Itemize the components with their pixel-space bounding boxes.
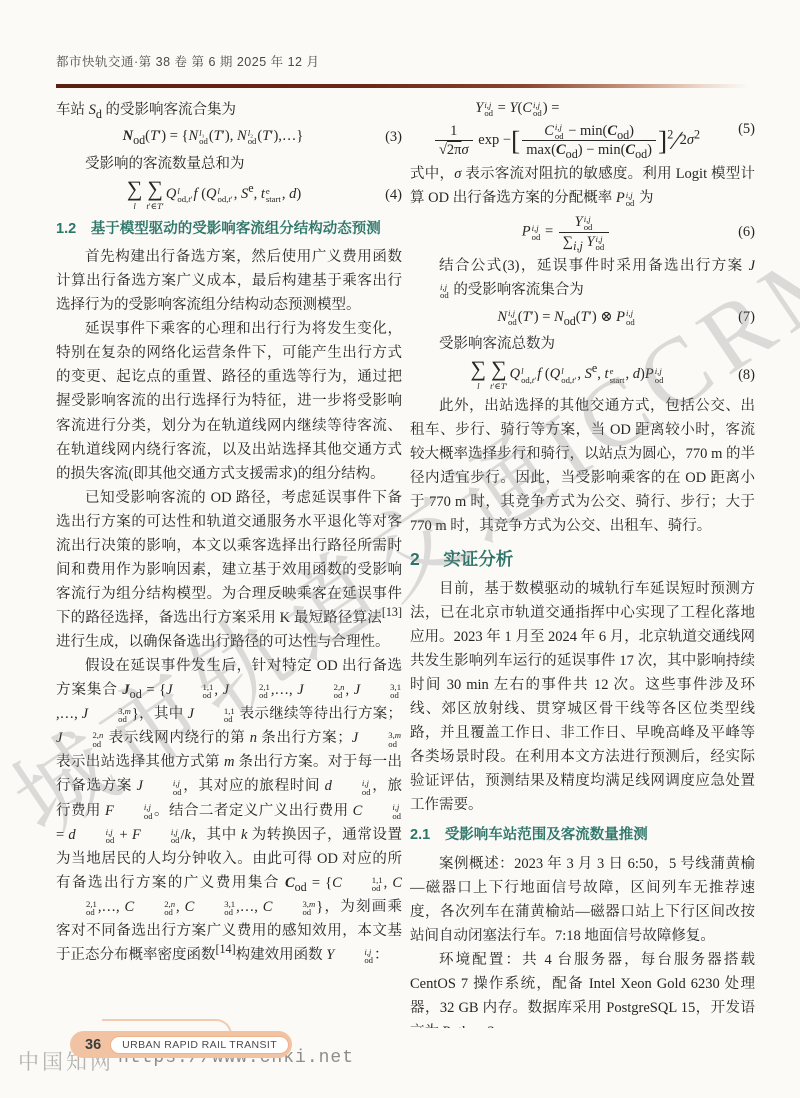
section-title: 受影响车站范围及客流数量推测	[445, 824, 648, 846]
paragraph-application: 目前，基于数模驱动的城轨行车延误短时预测方法，已在北京市轨道交通指挥中心实现了工…	[410, 577, 755, 818]
paragraph-env: 环境配置：共 4 台服务器，每台服务器搭载 CentOS 7 操作系统，配备 I…	[410, 948, 755, 1028]
equation-7-number: (7)	[723, 305, 755, 329]
paragraph-behavior: 延误事件下乘客的心理和出行行为将发生变化，特别在复杂的网络化运营条件下，可能产生…	[56, 317, 402, 485]
equation-3: Nod(T′) = {Nl₁od(T′), Nl₂od(T′),…} (3)	[56, 125, 402, 149]
section-title: 基于模型驱动的受影响客流组分结构动态预测	[91, 218, 381, 240]
header-journal-line: 都市快轨交通·第 38 卷 第 6 期 2025 年 12 月	[56, 52, 320, 70]
paragraph-case: 案例概述：2023 年 3 月 3 日 6:50，5 号线蒲黄榆—磁器口上下行地…	[410, 852, 755, 948]
paper-page: 都市快轨交通·第 38 卷 第 6 期 2025 年 12 月 车站 Sd 的受…	[0, 0, 800, 1098]
equation-7: Ni,jod(T′) = Nod(T′) ⊗ Pi,jod (7)	[410, 305, 755, 329]
page-number: 36	[85, 1037, 101, 1053]
equation-4: ∑l∑t′∈T′Qlod,t′f (Qlod,t′, Se, testart, …	[56, 179, 402, 210]
section-number: 2.1	[410, 824, 445, 846]
paragraph-intro: 车站 Sd 的受影响客流合集为	[56, 98, 402, 122]
equation-5-line2: 1√2πσ exp −[Ci,jod − min(Cod)max(Cod) − …	[410, 122, 723, 160]
equation-6-number: (6)	[723, 220, 755, 244]
paragraph-model: 首先构建出行备选方案，然后使用广义费用函数计算出行备选方案广义成本，最后构建基于…	[56, 245, 402, 317]
equation-5-body: Yi,jod = Y(Ci,jod) = 1√2πσ exp −[Ci,jod …	[410, 99, 723, 159]
section-number: 2	[410, 547, 443, 572]
section-heading-2: 2 实证分析	[410, 547, 755, 572]
paragraph-total-label: 受影响客流总数为	[410, 332, 755, 356]
left-column: 车站 Sd 的受影响客流合集为 Nod(T′) = {Nl₁od(T′), Nl…	[56, 98, 402, 967]
paragraph-od-path: 已知受影响客流的 OD 路径，考虑延误事件下备选出行方案的可达性和轨道交通服务水…	[56, 486, 402, 654]
right-column: Yi,jod = Y(Ci,jod) = 1√2πσ exp −[Ci,jod …	[410, 96, 755, 1028]
section-heading-2-1: 2.1 受影响车站范围及客流数量推测	[410, 824, 755, 846]
equation-3-body: Nod(T′) = {Nl₁od(T′), Nl₂od(T′),…}	[56, 127, 370, 147]
equation-4-body: ∑l∑t′∈T′Qlod,t′f (Qlod,t′, Se, testart, …	[56, 179, 370, 210]
equation-8-body: ∑l∑t′∈T′Qlod,t′f (Qlod,t′, Se, testart, …	[410, 359, 723, 390]
paragraph-combine: 结合公式(3)，延误事件时采用备选出行方案 Ji,jod 的受影响客流集合为	[410, 254, 755, 302]
section-number: 1.2	[56, 218, 91, 240]
footer-page-pill: 36 URBAN RAPID RAIL TRANSIT	[70, 1031, 292, 1058]
header-rule	[56, 84, 748, 88]
equation-5-line1: Yi,jod = Y(Ci,jod) =	[410, 99, 723, 119]
journal-name-en: URBAN RAPID RAIL TRANSIT	[110, 1036, 289, 1054]
equation-6-body: Pi,jod = Yi,jod∑i,j Yi,jod	[410, 213, 723, 251]
section-title: 实证分析	[443, 547, 513, 572]
equation-6: Pi,jod = Yi,jod∑i,j Yi,jod (6)	[410, 213, 755, 251]
equation-8: ∑l∑t′∈T′Qlod,t′f (Qlod,t′, Se, testart, …	[410, 359, 755, 390]
equation-5: Yi,jod = Y(Ci,jod) = 1√2πσ exp −[Ci,jod …	[410, 99, 755, 159]
paragraph-formula-note: 式中，σ 表示客流对阻抗的敏感度。利用 Logit 模型计算 OD 出行备选方案…	[410, 162, 755, 210]
paragraph-sum-label: 受影响的客流数量总和为	[56, 152, 402, 176]
equation-7-body: Ni,jod(T′) = Nod(T′) ⊗ Pi,jod	[410, 308, 723, 328]
equation-4-number: (4)	[370, 183, 402, 207]
paragraph-other-modes: 此外，出站选择的其他交通方式，包括公交、出租车、步行、骑行等方案，当 OD 距离…	[410, 394, 755, 538]
equation-8-number: (8)	[723, 363, 755, 387]
equation-5-number: (5)	[723, 117, 755, 141]
section-heading-1-2: 1.2 基于模型驱动的受影响客流组分结构动态预测	[56, 218, 402, 240]
paragraph-assume: 假设在延误事件发生后，针对特定 OD 出行备选方案集合 Jod = {J1,1o…	[56, 654, 402, 967]
equation-3-number: (3)	[370, 125, 402, 149]
